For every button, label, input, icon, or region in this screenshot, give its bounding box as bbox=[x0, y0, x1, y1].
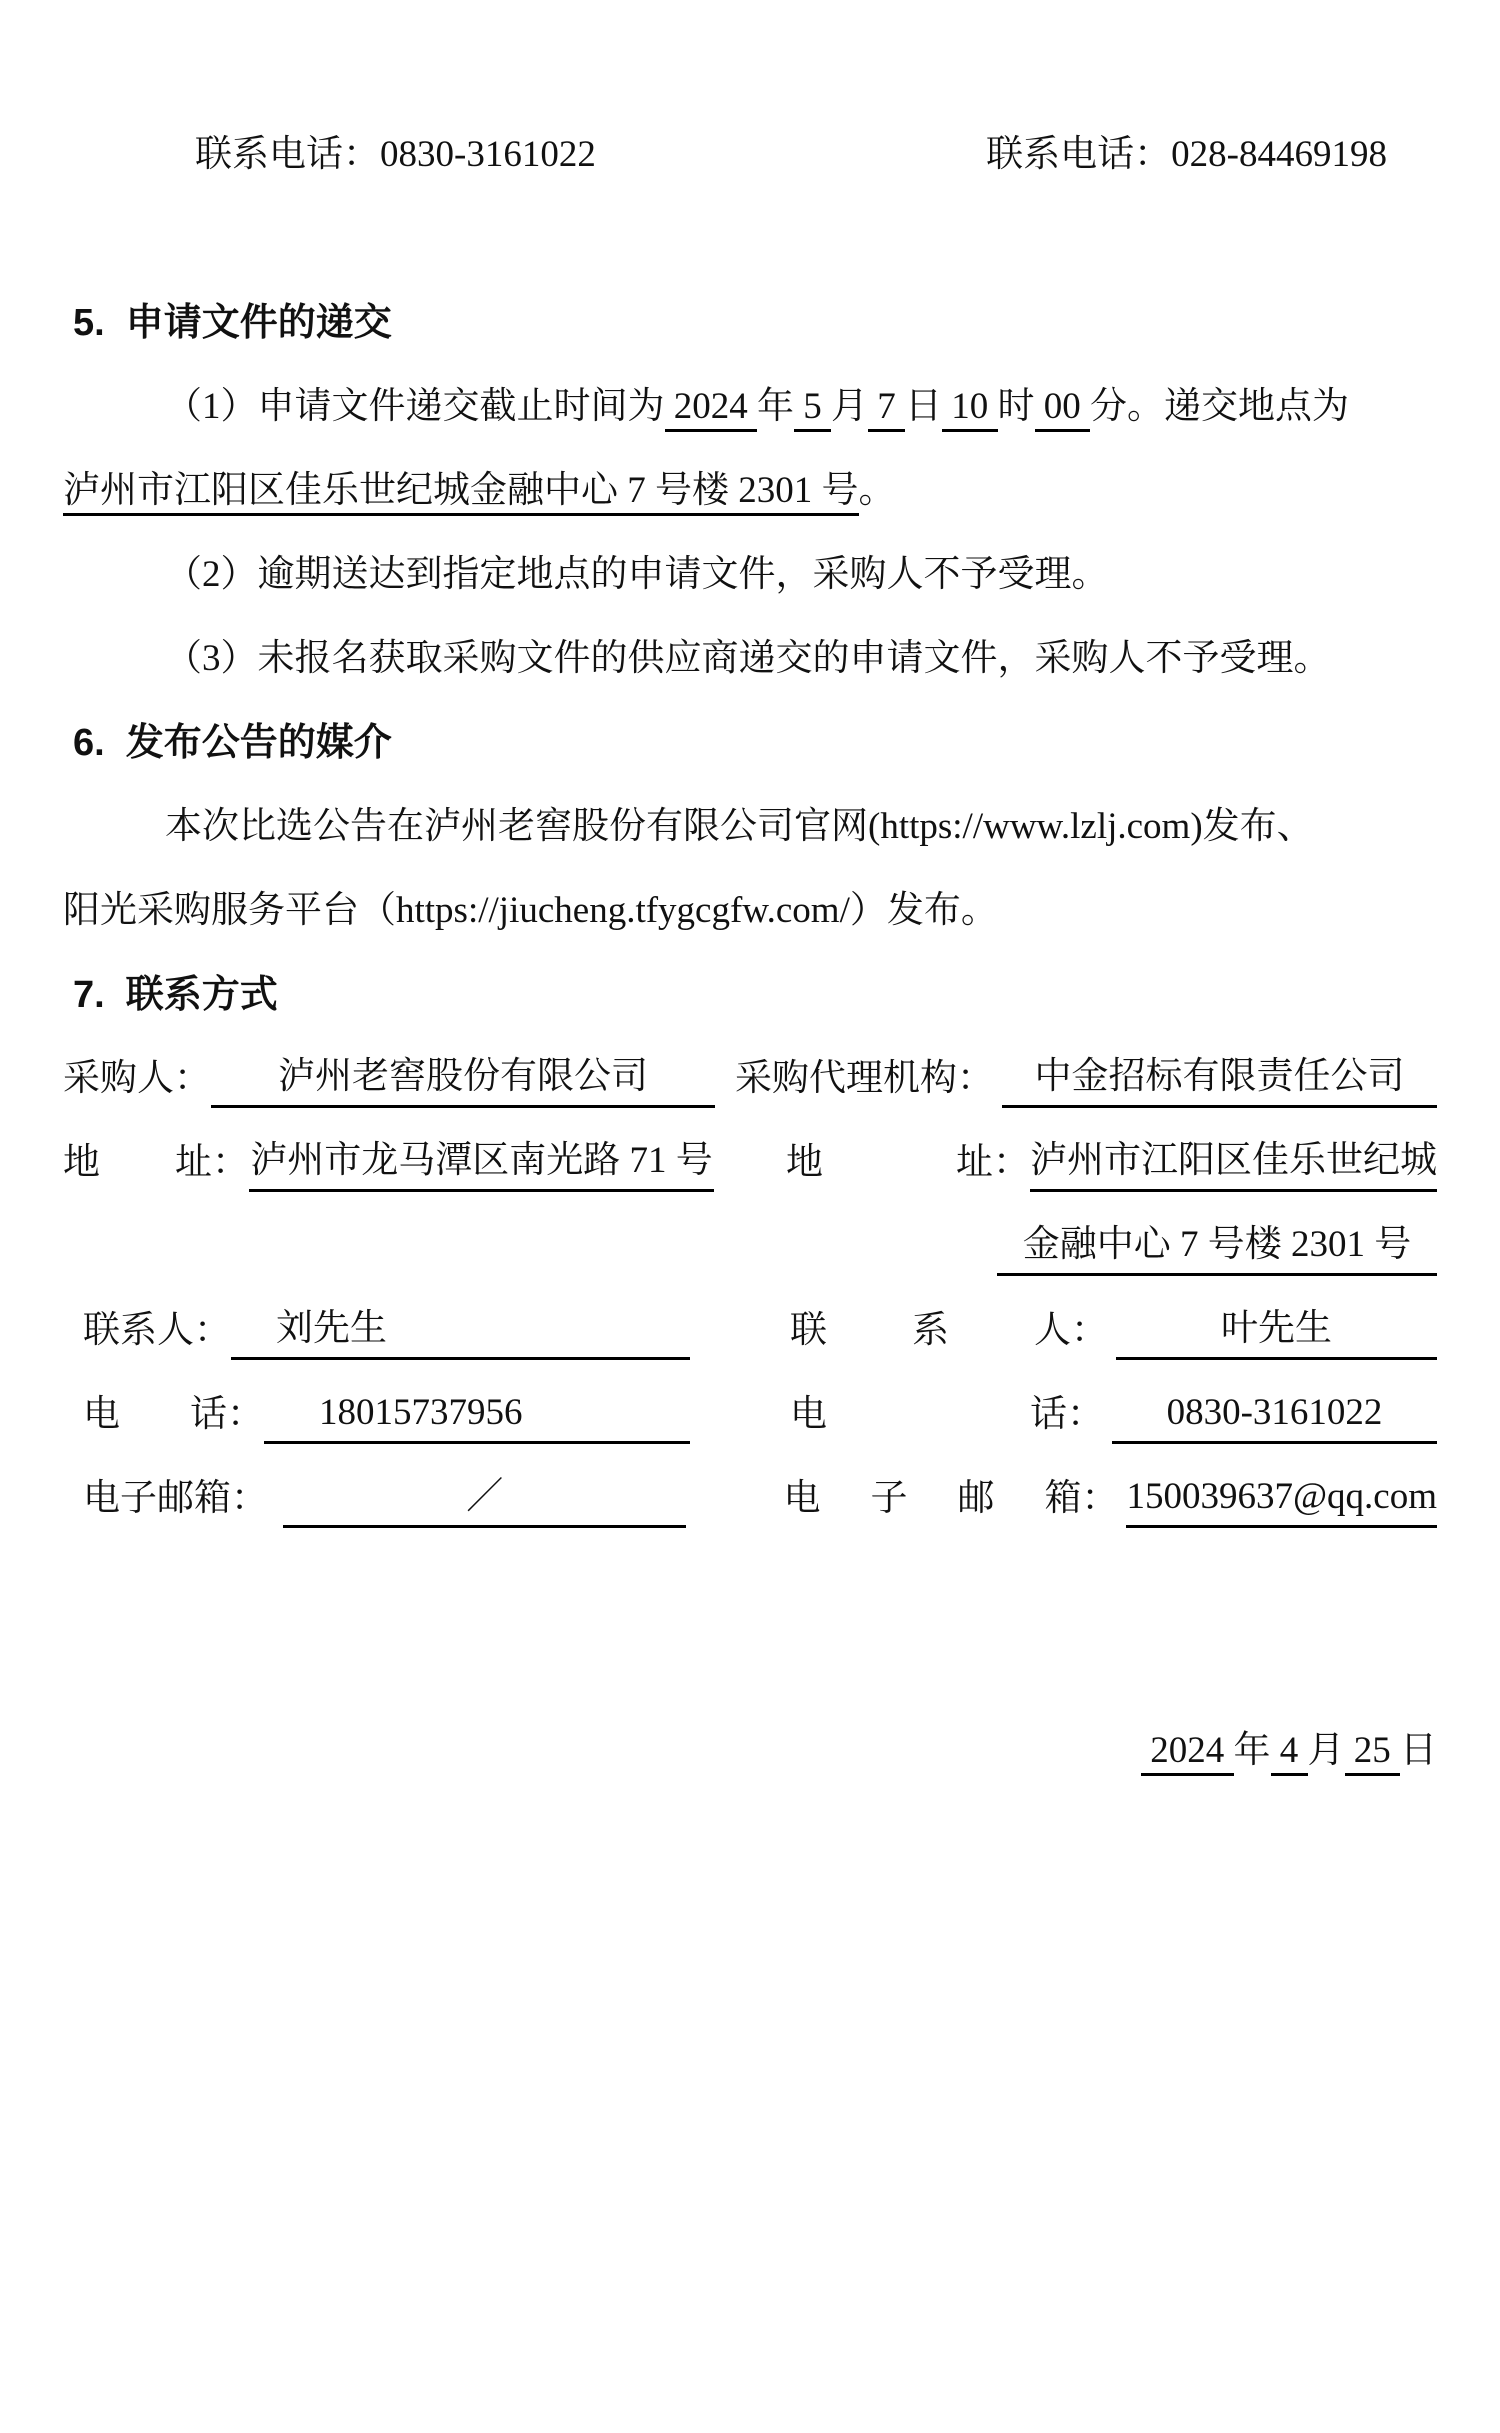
purchaser-label: 采购人 bbox=[63, 1037, 174, 1121]
contact-row-emails: 电子邮箱： ／ 电子邮箱： 150039637@qq.com bbox=[63, 1457, 1437, 1541]
colon: ： bbox=[212, 1121, 249, 1205]
deadline-paragraph-line2: 泸州市江阳区佳乐世纪城金融中心 7 号楼 2301 号。 bbox=[63, 449, 1437, 533]
announcement-media-line2: 阳光采购服务平台（https://jiucheng.tfygcgfw.com/）… bbox=[63, 869, 1437, 953]
agency-address-cell: 地址： 泸州市江阳区佳乐世纪城 bbox=[731, 1121, 1437, 1205]
section-6-heading: 6. 发布公告的媒介 bbox=[63, 701, 1437, 785]
colon: ： bbox=[1067, 1373, 1104, 1457]
deadline-tail: 分。递交地点为 bbox=[1090, 386, 1349, 427]
agency-contact-value: 叶先生 bbox=[1116, 1303, 1437, 1360]
colon: ： bbox=[194, 1289, 231, 1373]
submission-address-underlined: 泸州市江阳区佳乐世纪城金融中心 7 号楼 2301 号 bbox=[63, 470, 859, 516]
spacer bbox=[63, 1541, 1437, 1625]
unregistered-supplier-paragraph: （3）未报名获取采购文件的供应商递交的申请文件，采购人不予受理。 bbox=[63, 617, 1437, 701]
contact-row-purchaser-agency: 采购人： 泸州老窖股份有限公司 采购代理机构： 中金招标有限责任公司 bbox=[63, 1037, 1437, 1121]
date-day: 25 bbox=[1345, 1730, 1401, 1776]
agency-email-value: 150039637@qq.com bbox=[1126, 1471, 1437, 1528]
purchaser-value: 泸州老窖股份有限公司 bbox=[211, 1051, 715, 1108]
colon: ： bbox=[1071, 1289, 1108, 1373]
colon: ： bbox=[957, 1037, 994, 1121]
late-submission-paragraph: （2）逾期送达到指定地点的申请文件，采购人不予受理。 bbox=[63, 533, 1437, 617]
purchaser-email-label: 电子邮箱 bbox=[83, 1457, 231, 1541]
deadline-hour-unit: 时 bbox=[998, 386, 1035, 427]
section-5-heading: 5. 申请文件的递交 bbox=[63, 281, 1437, 365]
deadline-month: 5 bbox=[794, 386, 831, 432]
deadline-minute: 00 bbox=[1035, 386, 1091, 432]
agency-phone-value: 0830-3161022 bbox=[1112, 1387, 1437, 1444]
contact-row-phones: 电话： 18015737956 电话： 0830-3161022 bbox=[63, 1373, 1437, 1457]
deadline-year-unit: 年 bbox=[757, 386, 794, 427]
agency-phone-cell: 电话： 0830-3161022 bbox=[735, 1373, 1437, 1457]
purchaser-phone-cell: 电话： 18015737956 bbox=[63, 1373, 735, 1457]
purchaser-contact-label: 联系人 bbox=[83, 1289, 194, 1373]
agency-cell: 采购代理机构： 中金招标有限责任公司 bbox=[735, 1037, 1437, 1121]
announcement-date: 2024 年 4 月 25 日 bbox=[63, 1709, 1437, 1793]
agency-address-continuation-cell: 金融中心 7 号楼 2301 号 bbox=[735, 1205, 1437, 1289]
agency-address-value-line1: 泸州市江阳区佳乐世纪城 bbox=[1030, 1135, 1437, 1192]
purchaser-phone-value: 18015737956 bbox=[264, 1387, 690, 1444]
colon: ： bbox=[1081, 1457, 1118, 1541]
document-page: 联系电话：0830-3161022 联系电话：028-84469198 5. 申… bbox=[0, 0, 1500, 2433]
left-phone-text: 联系电话：0830-3161022 bbox=[195, 113, 596, 197]
purchaser-cell: 采购人： 泸州老窖股份有限公司 bbox=[63, 1037, 735, 1121]
agency-contact-cell: 联系人： 叶先生 bbox=[735, 1289, 1437, 1373]
deadline-day-unit: 日 bbox=[905, 386, 942, 427]
date-month-unit: 月 bbox=[1308, 1730, 1345, 1771]
purchaser-contact-value: 刘先生 bbox=[231, 1303, 690, 1360]
header-phones-row: 联系电话：0830-3161022 联系电话：028-84469198 bbox=[63, 113, 1437, 197]
colon: ： bbox=[993, 1121, 1030, 1205]
agency-address-value-line2: 金融中心 7 号楼 2301 号 bbox=[997, 1219, 1437, 1276]
date-year: 2024 bbox=[1141, 1730, 1234, 1776]
deadline-month-unit: 月 bbox=[831, 386, 868, 427]
date-day-unit: 日 bbox=[1400, 1730, 1437, 1771]
purchaser-email-cell: 电子邮箱： ／ bbox=[63, 1457, 728, 1541]
purchaser-contact-cell: 联系人： 刘先生 bbox=[63, 1289, 735, 1373]
date-month: 4 bbox=[1271, 1730, 1308, 1776]
contact-row-addresses: 地址： 泸州市龙马潭区南光路 71 号 地址： 泸州市江阳区佳乐世纪城 bbox=[63, 1121, 1437, 1205]
empty-cell bbox=[63, 1205, 735, 1289]
spacer bbox=[63, 197, 1437, 281]
purchaser-address-cell: 地址： 泸州市龙马潭区南光路 71 号 bbox=[63, 1121, 731, 1205]
agency-email-label: 电子邮箱 bbox=[783, 1457, 1131, 1541]
deadline-lead: （1）申请文件递交截止时间为 bbox=[165, 386, 665, 427]
right-phone-text: 联系电话：028-84469198 bbox=[986, 113, 1387, 197]
deadline-hour: 10 bbox=[942, 386, 998, 432]
contact-row-persons: 联系人： 刘先生 联系人： 叶先生 bbox=[63, 1289, 1437, 1373]
deadline-day: 7 bbox=[868, 386, 905, 432]
colon: ： bbox=[227, 1373, 264, 1457]
deadline-year: 2024 bbox=[665, 386, 758, 432]
agency-label: 采购代理机构 bbox=[735, 1037, 957, 1121]
announcement-media-line1: 本次比选公告在泸州老窖股份有限公司官网(https://www.lzlj.com… bbox=[63, 785, 1437, 869]
date-year-unit: 年 bbox=[1234, 1730, 1271, 1771]
spacer bbox=[63, 1625, 1437, 1709]
submission-address-period: 。 bbox=[859, 470, 896, 511]
colon: ： bbox=[174, 1037, 211, 1121]
purchaser-email-value: ／ bbox=[283, 1471, 686, 1528]
section-7-heading: 7. 联系方式 bbox=[63, 953, 1437, 1037]
contact-row-address-continuation: 金融中心 7 号楼 2301 号 bbox=[63, 1205, 1437, 1289]
purchaser-address-value: 泸州市龙马潭区南光路 71 号 bbox=[249, 1135, 714, 1192]
deadline-paragraph-line1: （1）申请文件递交截止时间为 2024 年 5 月 7 日 10 时 00 分。… bbox=[63, 365, 1437, 449]
agency-email-cell: 电子邮箱： 150039637@qq.com bbox=[728, 1457, 1437, 1541]
agency-value: 中金招标有限责任公司 bbox=[1002, 1051, 1437, 1108]
colon: ： bbox=[231, 1457, 268, 1541]
